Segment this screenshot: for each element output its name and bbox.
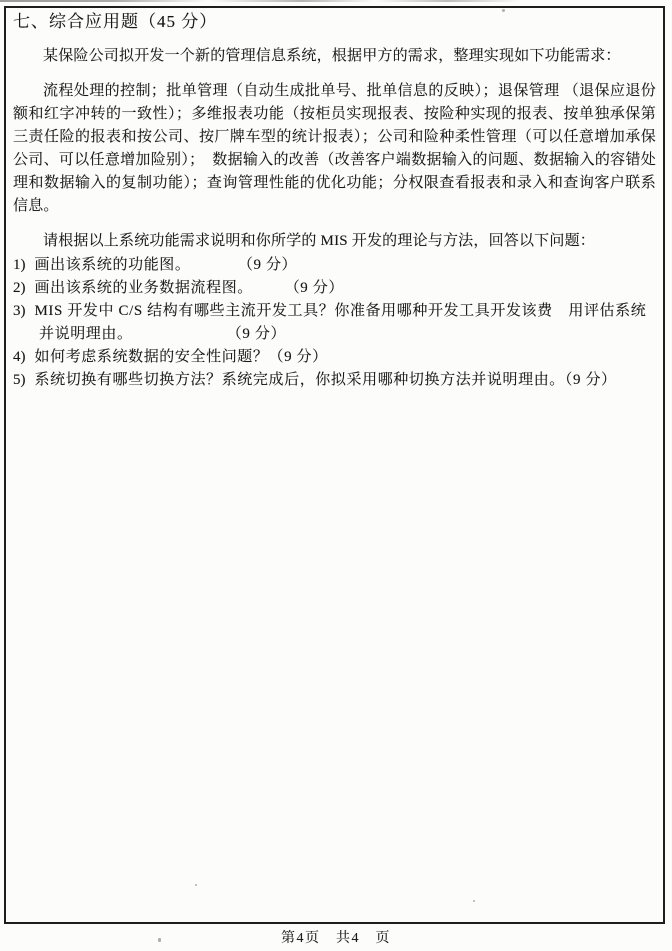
scan-edge-artifact xyxy=(0,0,520,2)
question-item-3: 3)MIS 开发中 C/S 结构有哪些主流开发工具？你准备用哪种开发工具开发该费… xyxy=(13,300,656,346)
question-item-5: 5)系统切换有哪些切换方法？系统完成后，你拟采用哪种切换方法并说明理由。（9 分… xyxy=(13,369,656,392)
question-text: 如何考虑系统数据的安全性问题？（9 分） xyxy=(35,349,328,365)
question-text: MIS 开发中 C/S 结构有哪些主流开发工具？你准备用哪种开发工具开发该费 用… xyxy=(35,303,647,342)
question-item-4: 4)如何考虑系统数据的安全性问题？（9 分） xyxy=(13,346,656,369)
question-list: 1)画出该系统的功能图。 （9 分） 2)画出该系统的业务数据流程图。 （9 分… xyxy=(13,254,656,392)
question-lead-paragraph: 请根据以上系统功能需求说明和你所学的 MIS 开发的理论与方法，回答以下问题： xyxy=(13,230,656,253)
section-title: 七、综合应用题（45 分） xyxy=(13,10,656,34)
question-text: 系统切换有哪些切换方法？系统完成后，你拟采用哪种切换方法并说明理由。（9 分） xyxy=(35,372,617,388)
question-number: 4) xyxy=(13,349,26,365)
question-number: 3) xyxy=(13,303,26,319)
question-item-2: 2)画出该系统的业务数据流程图。 （9 分） xyxy=(13,277,656,300)
question-number: 5) xyxy=(13,372,26,388)
question-number: 2) xyxy=(13,280,26,296)
exam-page: 七、综合应用题（45 分） 某保险公司拟开发一个新的管理信息系统，根据甲方的需求… xyxy=(0,0,672,951)
question-item-1: 1)画出该系统的功能图。 （9 分） xyxy=(13,254,656,277)
page-footer: 第4页 共4 页 xyxy=(0,927,672,947)
brief-paragraph: 某保险公司拟开发一个新的管理信息系统，根据甲方的需求，整理实现如下功能需求： xyxy=(13,45,656,68)
content-frame: 七、综合应用题（45 分） 某保险公司拟开发一个新的管理信息系统，根据甲方的需求… xyxy=(4,6,665,924)
page-number: 第4页 共4 页 xyxy=(281,931,391,946)
requirements-paragraph: 流程处理的控制；批单管理（自动生成批单号、批单信息的反映）；退保管理 （退保应退… xyxy=(13,80,656,218)
question-text: 画出该系统的功能图。 （9 分） xyxy=(35,257,298,273)
question-text: 画出该系统的业务数据流程图。 （9 分） xyxy=(35,280,344,296)
question-number: 1) xyxy=(13,257,26,273)
